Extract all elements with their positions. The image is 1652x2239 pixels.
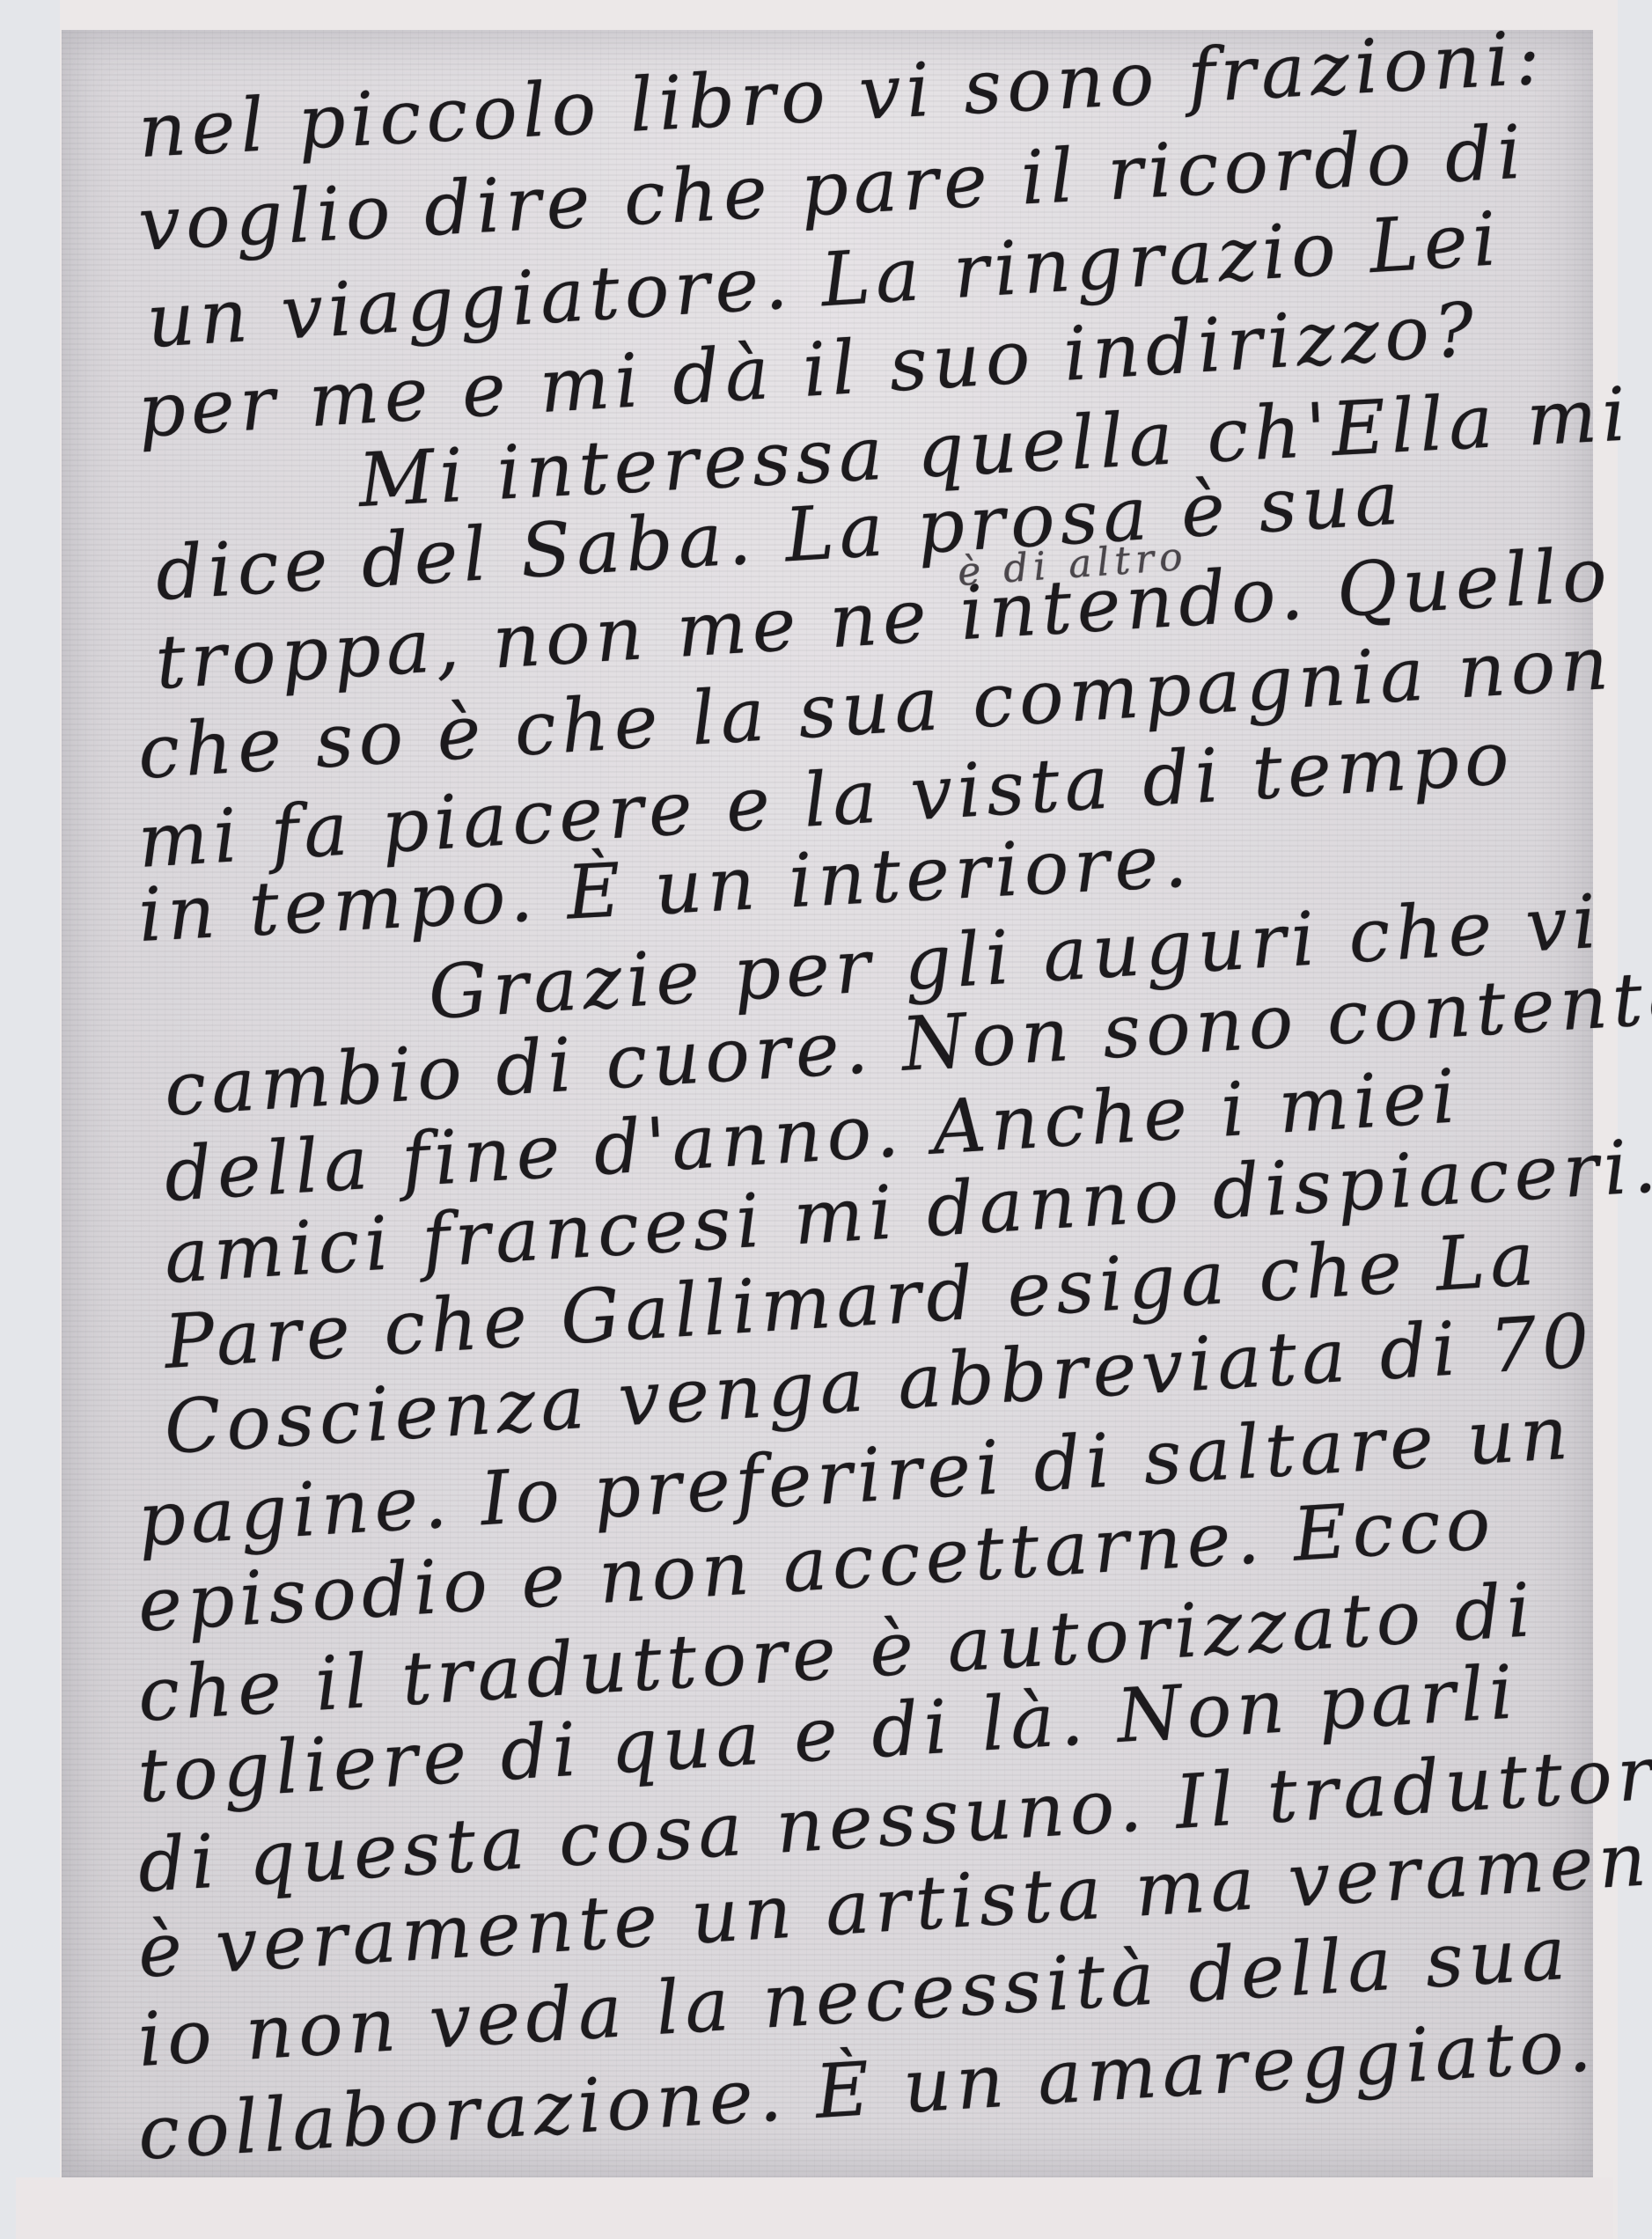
letter-page: nel piccolo libro vi sono frazioni:vogli…	[62, 30, 1593, 2177]
photo-bottom-edge	[16, 2177, 1613, 2239]
